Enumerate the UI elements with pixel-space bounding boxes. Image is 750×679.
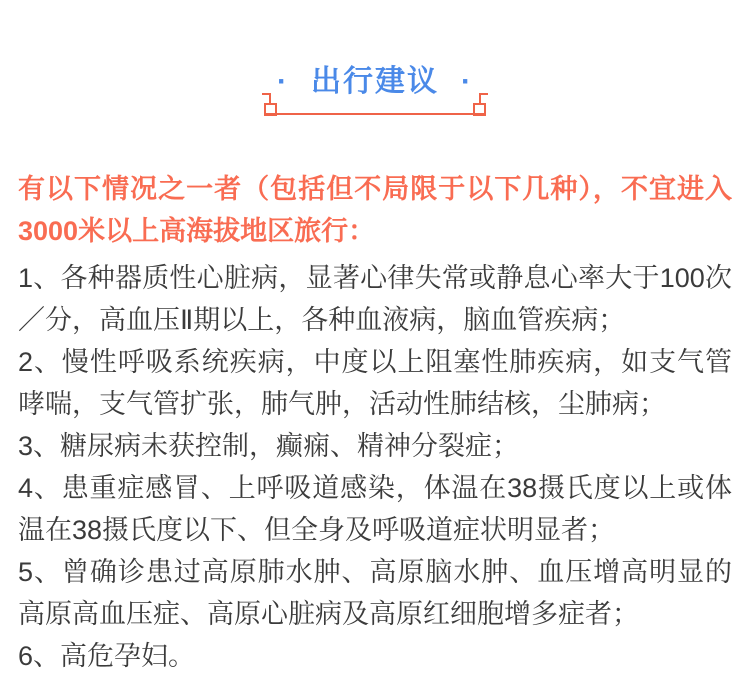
page-container: · 出行建议 · 有以下情况之一者（包括但不局限于以下几种），不宜进入3000米…: [0, 0, 750, 679]
decorative-divider: [250, 89, 500, 123]
advice-item-6: 6、高危孕妇。: [18, 635, 732, 677]
section-header: · 出行建议 ·: [0, 0, 750, 124]
advice-item-5: 5、曾确诊患过高原肺水肿、高原脑水肿、血压增高明显的高原高血压症、高原心脏病及高…: [18, 551, 732, 635]
right-fret-tail: [480, 94, 488, 104]
advice-item-1: 1、各种器质性心脏病，显著心律失常或静息心率大于100次／分，高血压Ⅱ期以上，各…: [18, 257, 732, 341]
left-fret-tail: [262, 94, 270, 104]
advice-item-3: 3、糖尿病未获控制，癫痫、精神分裂症；: [18, 425, 732, 467]
intro-text: 有以下情况之一者（包括但不局限于以下几种），不宜进入3000米以上高海拔地区旅行…: [18, 168, 732, 252]
content: 有以下情况之一者（包括但不局限于以下几种），不宜进入3000米以上高海拔地区旅行…: [0, 168, 750, 677]
advice-item-2: 2、慢性呼吸系统疾病，中度以上阻塞性肺疾病，如支气管哮喘，支气管扩张，肺气肿，活…: [18, 341, 732, 425]
advice-item-4: 4、患重症感冒、上呼吸道感染，体温在38摄氏度以上或体温在38摄氏度以下、但全身…: [18, 467, 732, 551]
fret-pattern-line-icon: [250, 89, 500, 123]
